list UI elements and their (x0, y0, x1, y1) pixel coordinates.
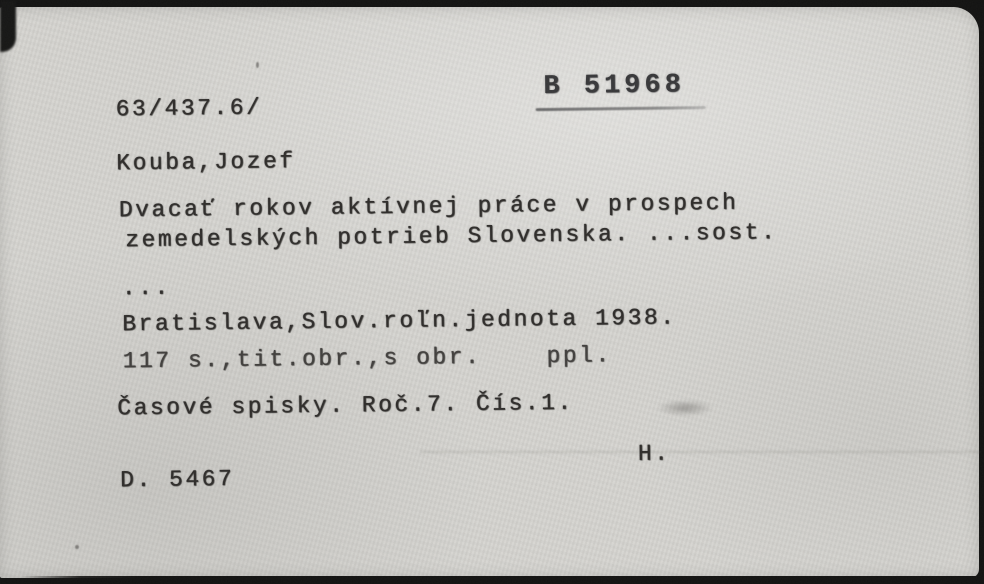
collation-line: 117 s.,tit.obr.,s obr. ppl. (123, 343, 612, 373)
typewritten-text-layer: 63/437.6/ B 51968 Kouba,Jozef Dvacať rok… (0, 0, 984, 584)
accession-stamp: B 51968 (543, 73, 685, 99)
title-line-2: zemedelských potrieb Slovenska. ...sost. (125, 220, 777, 252)
cataloguer-initial: H. (638, 442, 671, 466)
author-heading: Kouba,Jozef (116, 149, 296, 175)
series-note: Časové spisky. Roč.7. Čís.1. (117, 391, 574, 421)
stamp-underline (536, 106, 706, 111)
accession-number: D. 5467 (120, 467, 234, 492)
title-line-1: Dvacať rokov aktívnej práce v prospech (119, 191, 739, 223)
scanned-catalog-card-page: 63/437.6/ B 51968 Kouba,Jozef Dvacať rok… (0, 0, 984, 584)
call-number: 63/437.6/ (116, 95, 263, 121)
continuation-dots: ... (122, 276, 171, 301)
imprint-line: Bratislava,Slov.roľn.jednota 1938. (122, 305, 677, 336)
